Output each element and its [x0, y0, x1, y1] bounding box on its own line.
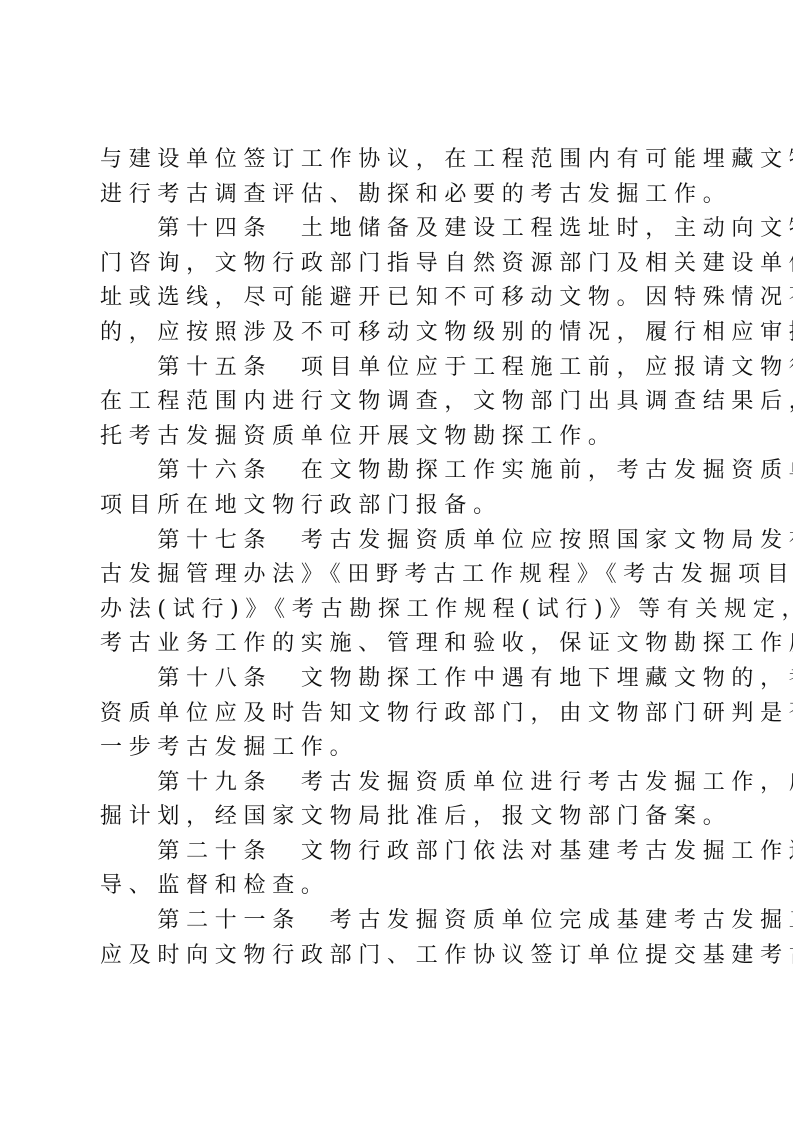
text-line: 与建设单位签订工作协议，在工程范围内有可能埋藏文物的地方 [100, 143, 704, 178]
text-line: 址或选线，尽可能避开已知不可移动文物。因特殊情况不能避开 [100, 281, 704, 316]
text-line: 托考古发掘资质单位开展文物勘探工作。 [100, 420, 704, 455]
text-line: 资质单位应及时告知文物行政部门，由文物部门研判是否需要进 [100, 697, 704, 732]
text-line: 门咨询，文物行政部门指导自然资源部门及相关建设单位优化选 [100, 247, 704, 282]
text-line: 掘计划，经国家文物局批准后，报文物部门备案。 [100, 800, 704, 835]
article-17-heading-line: 第十七条 考古发掘资质单位应按照国家文物局发布的《考 [100, 524, 704, 559]
article-19-heading-line: 第十九条 考古发掘资质单位进行考古发掘工作，应提出发 [100, 766, 704, 801]
text-line: 应及时向文物行政部门、工作协议签订单位提交基建考古发掘报 [100, 939, 704, 974]
article-21-heading-line: 第二十一条 考古发掘资质单位完成基建考古发掘工作后， [100, 904, 704, 939]
text-line: 在工程范围内进行文物调查，文物部门出具调查结果后，再行委 [100, 385, 704, 420]
text-line: 古发掘管理办法》《田野考古工作规程》《考古发掘项目检查验收 [100, 558, 704, 593]
document-page: 与建设单位签订工作协议，在工程范围内有可能埋藏文物的地方 进行考古调查评估、勘探… [100, 143, 704, 973]
article-16-heading-line: 第十六条 在文物勘探工作实施前，考古发掘资质单位应向 [100, 454, 704, 489]
text-line: 的，应按照涉及不可移动文物级别的情况，履行相应审批程序。 [100, 316, 704, 351]
text-line: 项目所在地文物行政部门报备。 [100, 489, 704, 524]
article-15-heading-line: 第十五条 项目单位应于工程施工前，应报请文物行政部门 [100, 351, 704, 386]
article-14-heading-line: 第十四条 土地储备及建设工程选址时，主动向文物行政部 [100, 212, 704, 247]
text-line: 导、监督和检查。 [100, 869, 704, 904]
article-18-heading-line: 第十八条 文物勘探工作中遇有地下埋藏文物的，考古发掘 [100, 662, 704, 697]
article-20-heading-line: 第二十条 文物行政部门依法对基建考古发掘工作进行指 [100, 835, 704, 870]
text-line: 一步考古发掘工作。 [100, 731, 704, 766]
text-line: 办法(试行)》《考古勘探工作规程(试行)》等有关规定，组织基建 [100, 593, 704, 628]
text-line: 考古业务工作的实施、管理和验收，保证文物勘探工作质量。 [100, 627, 704, 662]
text-line: 进行考古调查评估、勘探和必要的考古发掘工作。 [100, 178, 704, 213]
